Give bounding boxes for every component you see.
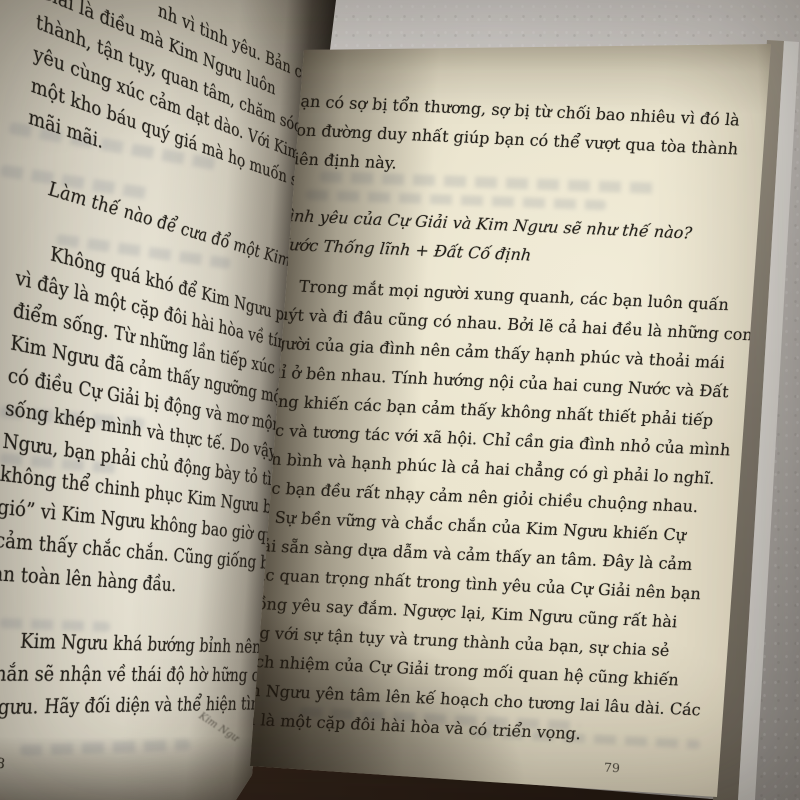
left-page-number: 8: [0, 755, 6, 772]
right-page-text: bạn có sợ bị tổn thương, sợ bị từ chối b…: [224, 86, 770, 754]
right-page-number: 79: [604, 760, 621, 776]
show-through-text-ghost: [20, 739, 190, 756]
open-book-photo: nh vì tình yêu. Bản chGiải là điều mà Ki…: [0, 0, 800, 800]
